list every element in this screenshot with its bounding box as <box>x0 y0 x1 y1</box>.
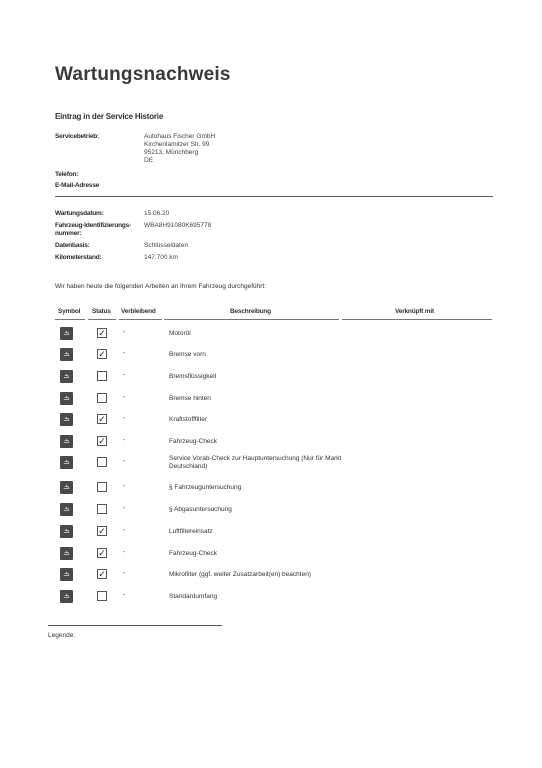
brake-front-icon <box>60 348 73 361</box>
micro-filter-icon <box>60 568 73 581</box>
header-status: Status <box>92 308 111 315</box>
vin-value: WBA8H91080K695778 <box>144 222 211 230</box>
data-basis-label: Datenbasis: <box>55 242 90 250</box>
address-line: Autohaus Fischer GmbH <box>144 133 215 141</box>
remaining-value: - <box>123 570 125 577</box>
status-checkbox[interactable] <box>97 371 107 381</box>
table-row: ✓-Fahrzeug-Check <box>0 547 542 569</box>
legend-label: Legende: <box>48 632 75 639</box>
status-checkbox[interactable] <box>97 504 107 514</box>
status-checkbox[interactable]: ✓ <box>97 548 107 558</box>
description-text: Mikrofilter (ggf. weiter Zusatzarbeit(en… <box>169 571 349 579</box>
vehicle-check-icon <box>60 547 73 560</box>
description-text: § Fahrzeuguntersuchung <box>169 484 349 492</box>
service-date-value: 15.06.20 <box>144 210 169 218</box>
description-text: Luftfiltereinsatz <box>169 528 349 536</box>
service-provider-label: Servicebetrieb: <box>55 133 99 141</box>
header-underline <box>342 319 492 320</box>
pre-inspection-icon <box>60 456 73 469</box>
remaining-value: - <box>123 329 125 336</box>
table-row: -Bremsflüssigkeit <box>0 370 542 392</box>
table-row: -Bremse hinten <box>0 392 542 414</box>
remaining-value: - <box>123 549 125 556</box>
remaining-value: - <box>123 372 125 379</box>
description-text: Bremsflüssigkeit <box>169 373 349 381</box>
header-underline <box>55 319 85 320</box>
status-checkbox[interactable] <box>97 457 107 467</box>
remaining-value: - <box>123 350 125 357</box>
description-text: Bremse vorn <box>169 351 349 359</box>
table-row: -Standardumfang <box>0 590 542 612</box>
address-line: 95213, Münchberg <box>144 149 215 157</box>
description-text: Service Vorab-Check zur Hauptuntersuchun… <box>169 455 349 471</box>
header-symbol: Symbol <box>58 308 80 315</box>
brake-fluid-icon <box>60 370 73 383</box>
mileage-value: 147.700 km <box>144 254 178 262</box>
table-row: ✓-Motoröl <box>0 327 542 349</box>
email-label: E-Mail-Adresse <box>55 182 99 190</box>
service-provider-address: Autohaus Fischer GmbH Kirchenlamitzer St… <box>144 133 215 165</box>
address-line: DE <box>144 157 215 165</box>
table-row: -§ Fahrzeuguntersuchung <box>0 481 542 503</box>
air-filter-icon <box>60 525 73 538</box>
remaining-value: - <box>123 437 125 444</box>
header-underline <box>164 319 339 320</box>
remaining-value: - <box>123 415 125 422</box>
page-title: Wartungsnachweis <box>55 64 231 86</box>
engine-oil-icon <box>60 327 73 340</box>
vin-label-line: nummer: <box>55 230 131 238</box>
description-text: Motoröl <box>169 330 349 338</box>
remaining-value: - <box>123 592 125 599</box>
legend-divider <box>48 625 222 626</box>
standard-scope-icon <box>60 590 73 603</box>
remaining-value: - <box>123 527 125 534</box>
status-checkbox[interactable]: ✓ <box>97 569 107 579</box>
table-row: ✓-Luftfiltereinsatz <box>0 525 542 547</box>
status-checkbox[interactable]: ✓ <box>97 526 107 536</box>
status-checkbox[interactable] <box>97 591 107 601</box>
table-row: -§ Abgasuntersuchung <box>0 503 542 525</box>
remaining-value: - <box>123 505 125 512</box>
mileage-label: Kilometerstand: <box>55 254 101 262</box>
remaining-value: - <box>123 394 125 401</box>
status-checkbox[interactable]: ✓ <box>97 414 107 424</box>
header-linked: Verknüpft mit <box>395 308 434 315</box>
data-basis-value: Schlüsseldaten <box>144 242 188 250</box>
header-remaining: Verbleibend <box>121 308 156 315</box>
section-subtitle: Eintrag in der Service Historie <box>55 112 163 121</box>
vin-label: Fahrzeug-Identifizierungs- nummer: <box>55 222 131 238</box>
header-underline <box>88 319 116 320</box>
vehicle-inspection-icon <box>60 481 73 494</box>
table-row: -Service Vorab-Check zur Hauptuntersuchu… <box>0 456 542 478</box>
description-text: Fahrzeug-Check <box>169 438 349 446</box>
description-text: Fahrzeug-Check <box>169 550 349 558</box>
status-checkbox[interactable] <box>97 393 107 403</box>
description-text: § Abgasuntersuchung <box>169 506 349 514</box>
table-row: ✓-Fahrzeug-Check <box>0 435 542 457</box>
table-row: ✓-Kraftstofffilter <box>0 413 542 435</box>
description-text: Bremse hinten <box>169 395 349 403</box>
address-line: Kirchenlamitzer Str. 99 <box>144 141 215 149</box>
status-checkbox[interactable] <box>97 482 107 492</box>
table-row: ✓-Mikrofilter (ggf. weiter Zusatzarbeit(… <box>0 568 542 590</box>
status-checkbox[interactable]: ✓ <box>97 328 107 338</box>
header-underline <box>119 319 162 320</box>
remaining-value: - <box>123 458 125 465</box>
vehicle-check-icon <box>60 435 73 448</box>
vin-label-line: Fahrzeug-Identifizierungs- <box>55 222 131 230</box>
description-text: Kraftstofffilter <box>169 416 349 424</box>
fuel-filter-icon <box>60 413 73 426</box>
header-description: Beschreibung <box>230 308 271 315</box>
phone-label: Telefon: <box>55 171 78 179</box>
status-checkbox[interactable]: ✓ <box>97 349 107 359</box>
intro-text: Wir haben heute die folgenden Arbeiten a… <box>55 283 266 290</box>
brake-rear-icon <box>60 392 73 405</box>
service-date-label: Wartungsdatum: <box>55 210 104 218</box>
emission-test-icon <box>60 503 73 516</box>
remaining-value: - <box>123 483 125 490</box>
status-checkbox[interactable]: ✓ <box>97 436 107 446</box>
divider <box>55 196 493 197</box>
description-text: Standardumfang <box>169 593 349 601</box>
table-row: ✓-Bremse vorn <box>0 348 542 370</box>
